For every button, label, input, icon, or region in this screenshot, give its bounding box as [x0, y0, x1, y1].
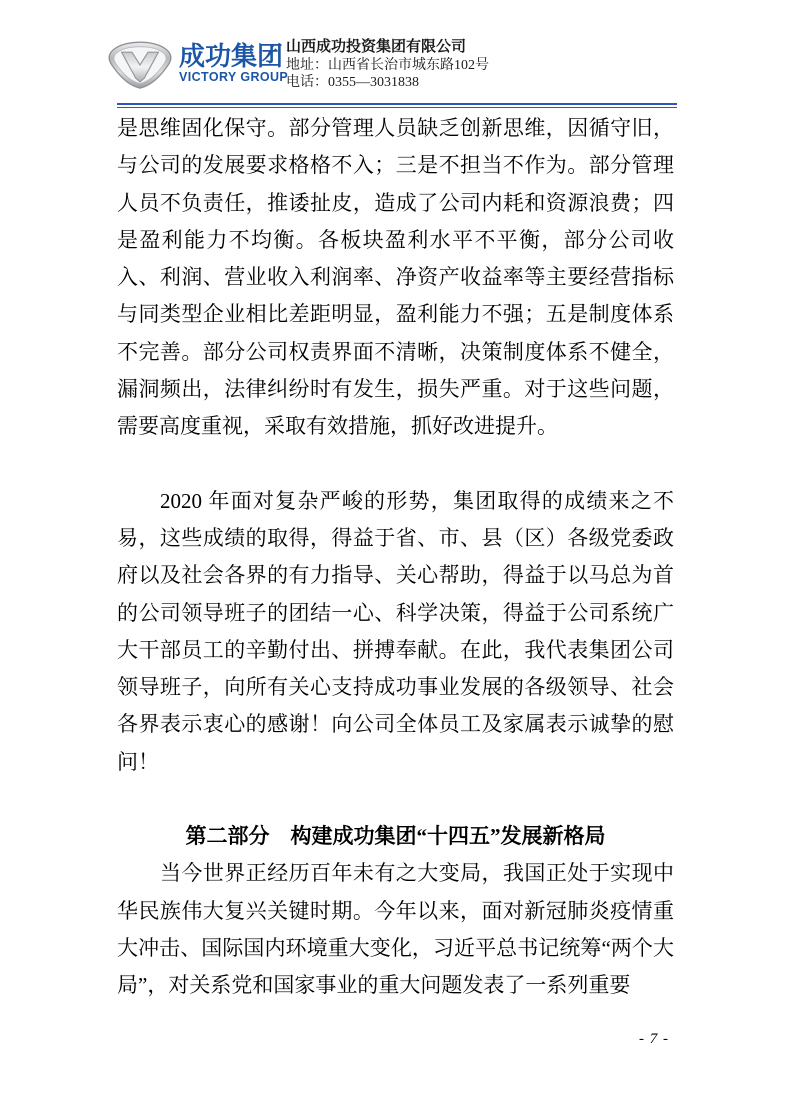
company-info: 山西成功投资集团有限公司 地址：山西省长治市城东路102号 电话：0355—30… — [286, 38, 586, 91]
company-name: 山西成功投资集团有限公司 — [286, 38, 586, 57]
body-paragraph-2: 2020 年面对复杂严峻的形势，集团取得的成绩来之不易，这些成绩的取得，得益于省… — [117, 483, 674, 781]
company-address: 地址：山西省长治市城东路102号 — [286, 57, 586, 74]
brand-block: 成功集团 VICTORY GROUP — [179, 42, 287, 85]
document-body: 是思维固化保守。部分管理人员缺乏创新思维，因循守旧，与公司的发展要求格格不入；三… — [117, 110, 674, 1042]
brand-name-en: VICTORY GROUP — [179, 70, 287, 85]
body-paragraph-3: 当今世界正经历百年未有之大变局，我国正处于实现中华民族伟大复兴关键时期。今年以来… — [117, 855, 674, 1004]
brand-name-cn: 成功集团 — [179, 42, 287, 70]
section-heading: 第二部分 构建成功集团“十四五”发展新格局 — [117, 818, 674, 855]
header-divider-line — [117, 103, 677, 108]
victory-v-badge-icon — [106, 36, 174, 92]
company-phone: 电话：0355—3031838 — [286, 74, 586, 91]
letterhead: 成功集团 VICTORY GROUP 山西成功投资集团有限公司 地址：山西省长治… — [0, 0, 790, 110]
body-paragraph-1: 是思维固化保守。部分管理人员缺乏创新思维，因循守旧，与公司的发展要求格格不入；三… — [117, 110, 674, 446]
page-number: - 7 - — [639, 1031, 669, 1048]
document-page: 成功集团 VICTORY GROUP 山西成功投资集团有限公司 地址：山西省长治… — [0, 0, 790, 1118]
